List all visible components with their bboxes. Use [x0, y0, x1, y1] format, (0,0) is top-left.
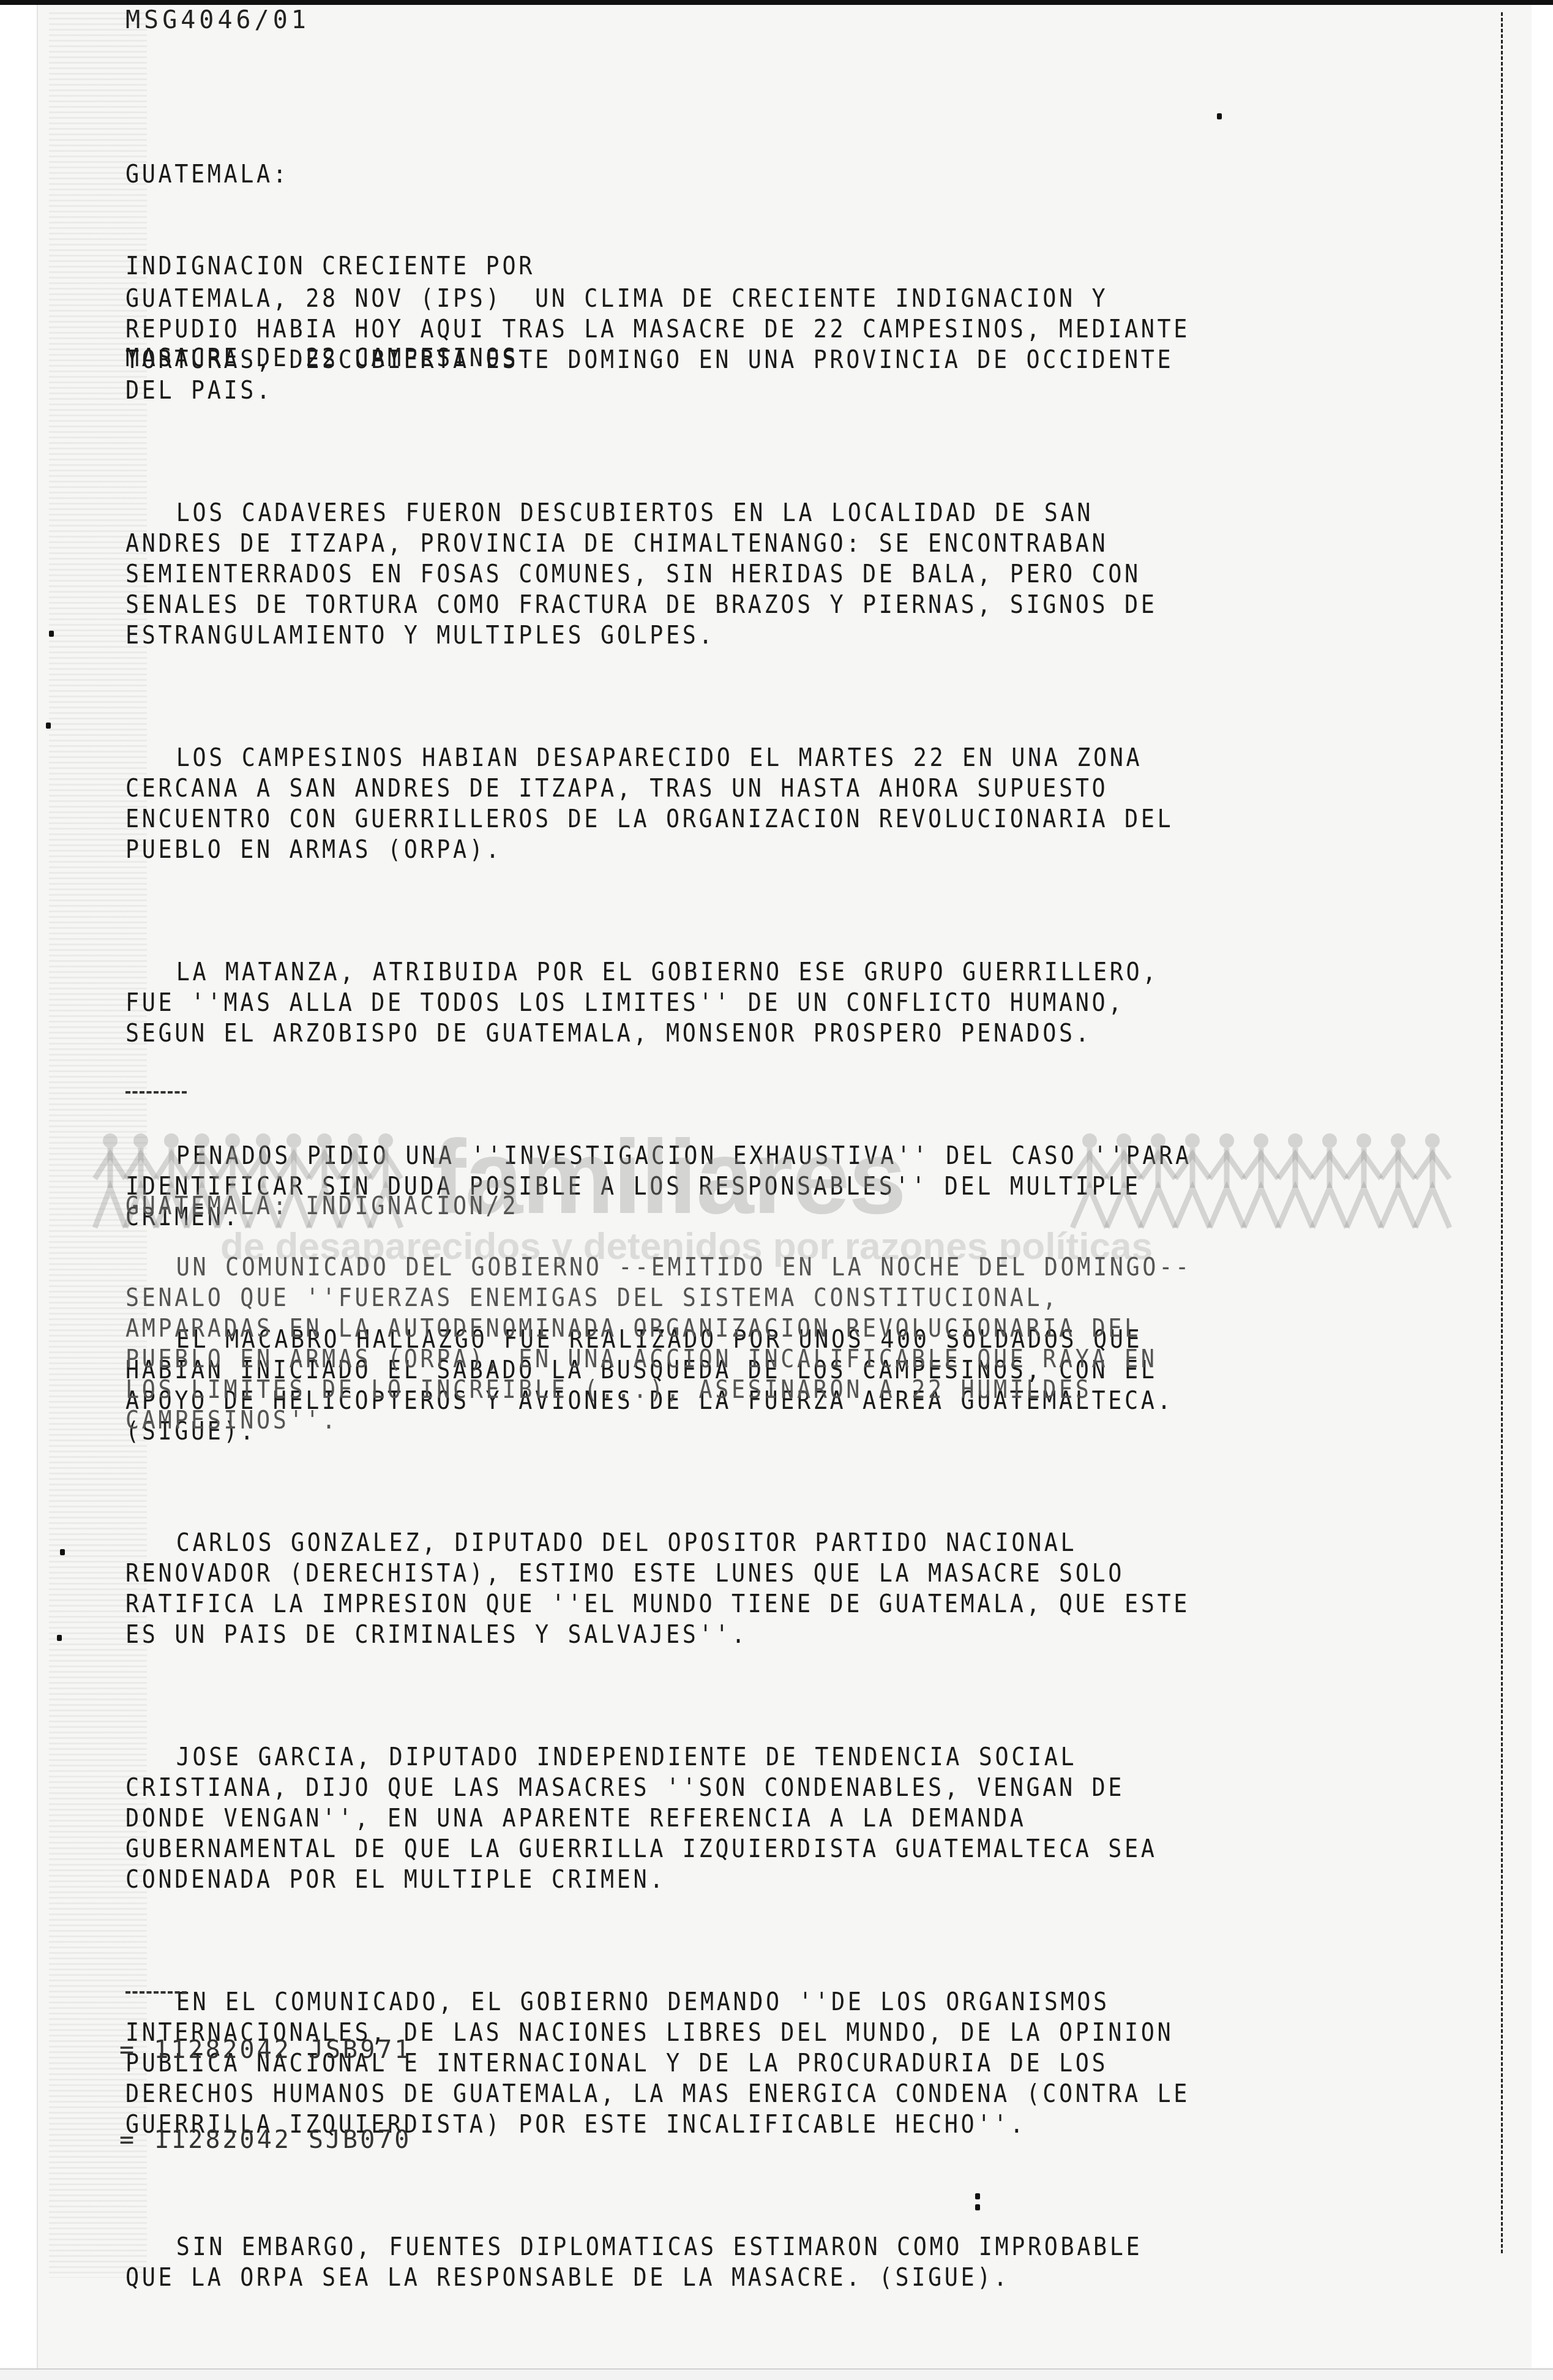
section-end-mark — [125, 1091, 187, 1094]
paragraph: JOSE GARCIA, DIPUTADO INDEPENDIENTE DE T… — [125, 1742, 1280, 1895]
headline-line-1: GUATEMALA: — [125, 159, 1280, 190]
paragraph: LOS CAMPESINOS HABIAN DESAPARECIDO EL MA… — [125, 743, 1280, 865]
scan-speck — [975, 2204, 980, 2210]
part-2-body: UN COMUNICADO DEL GOBIERNO --EMITIDO EN … — [125, 1191, 1280, 2354]
scan-speck — [975, 2193, 980, 2199]
paragraph: UN COMUNICADO DEL GOBIERNO --EMITIDO EN … — [125, 1252, 1280, 1436]
reference-header: MSG4046/01 — [125, 6, 310, 34]
transmission-code: = 11282042 SJB070 — [119, 2126, 411, 2154]
scan-speck — [1217, 113, 1222, 119]
scan-speck — [49, 631, 54, 637]
scan-top-edge — [0, 0, 1553, 5]
scan-speck — [46, 723, 51, 729]
paragraph: CARLOS GONZALEZ, DIPUTADO DEL OPOSITOR P… — [125, 1528, 1280, 1650]
transmission-code: = 11282042 JSB971 — [119, 2036, 411, 2064]
scan-speck — [60, 1549, 65, 1555]
paragraph: SIN EMBARGO, FUENTES DIPLOMATICAS ESTIMA… — [125, 2232, 1280, 2293]
section-end-mark — [125, 1991, 187, 1994]
paragraph: GUATEMALA, 28 NOV (IPS) UN CLIMA DE CREC… — [125, 283, 1280, 406]
right-perforation-line — [1501, 12, 1503, 2253]
scan-speck — [57, 1635, 62, 1641]
paragraph: LA MATANZA, ATRIBUIDA POR EL GOBIERNO ES… — [125, 957, 1280, 1049]
paragraph: LOS CADAVERES FUERON DESCUBIERTOS EN LA … — [125, 498, 1280, 651]
scan-bottom-edge — [0, 2368, 1553, 2380]
